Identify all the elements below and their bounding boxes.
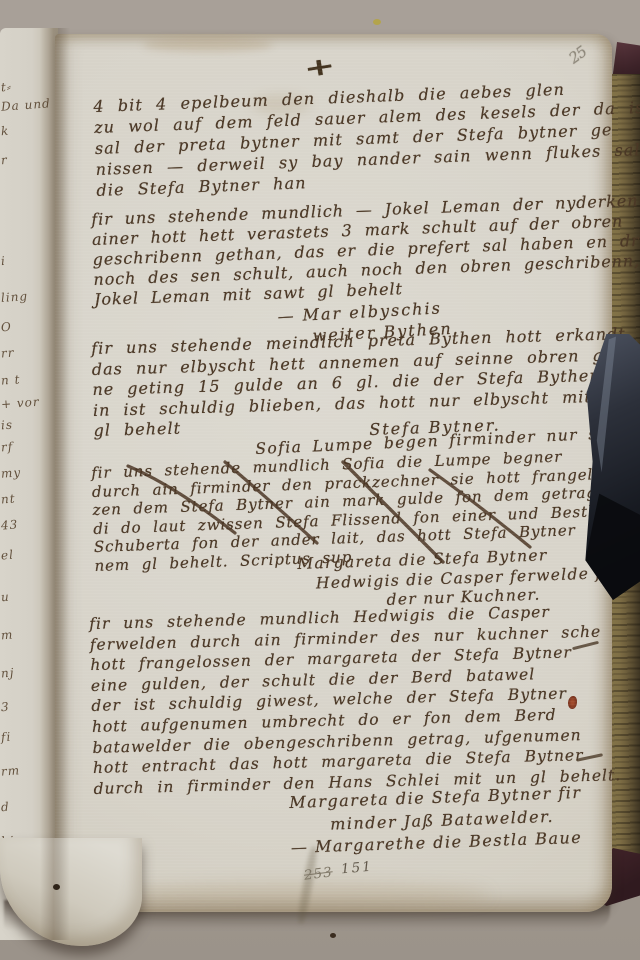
marginal-text-fragment: Da und	[1, 96, 52, 113]
page-number: 151	[340, 859, 373, 878]
dark-speck	[53, 884, 60, 890]
marginal-text-fragment: O	[1, 320, 13, 335]
marginal-text-fragment: 3	[1, 700, 11, 715]
marginal-text-fragment: rr	[1, 346, 15, 361]
marginal-text-fragment: d	[1, 800, 11, 815]
folio-number: 25	[565, 43, 589, 68]
marginal-text-fragment: ling	[1, 289, 29, 305]
marginal-text-fragment: nt	[1, 492, 17, 507]
marginal-text-fragment: rf	[1, 440, 14, 455]
entry-paragraph-1: 4 bit 4 epelbeum den dieshalb die aebes …	[93, 75, 640, 201]
marginal-text-fragment: el	[1, 548, 15, 563]
marginal-text-fragment: 43	[1, 517, 19, 532]
entry-5-signatures: Margareta die Stefa Bytner fir minder Ja…	[289, 782, 583, 860]
marginal-text-fragment: r	[1, 153, 9, 167]
manuscript-photo: t⸗ Da und k r i ling O rr n t + vor is r…	[0, 0, 640, 960]
marginal-text-fragment: t⸗	[0, 80, 12, 96]
entry-paragraph-5: fir uns stehende mundlich Hedwigis die C…	[89, 600, 621, 799]
paper-stain	[110, 882, 490, 908]
entry-paragraph-2: fir uns stehende mundlich — Jokel Leman …	[91, 188, 640, 310]
marginal-text-fragment: nj	[1, 666, 15, 681]
marginal-text-fragment: m	[1, 628, 14, 643]
marginal-text-fragment: k	[1, 124, 10, 139]
book-weight-strap	[580, 334, 640, 600]
facing-page-edge: t⸗ Da und k r i ling O rr n t + vor is r…	[0, 28, 58, 940]
marginal-text-fragment: my	[1, 465, 22, 480]
dark-speck	[330, 933, 336, 938]
marginal-text-fragment: fi	[1, 730, 12, 745]
marginal-text-fragment: u	[1, 590, 11, 605]
marginal-text-fragment: + vor	[1, 395, 40, 412]
manuscript-page: + 25 4 bit 4 epelbeum den dieshalb die a…	[55, 34, 612, 912]
entry-paragraph-3: fir uns stehende meindlich preta Bythen …	[91, 323, 640, 442]
marginal-text-fragment: i	[1, 254, 7, 268]
yellow-speck	[373, 19, 381, 25]
header-cross-mark: +	[302, 51, 337, 84]
marginal-text-fragment: rm	[1, 763, 21, 778]
paper-stain	[143, 38, 273, 52]
cancelled-page-number: 253	[303, 864, 334, 883]
marginal-text-fragment: n t	[1, 372, 21, 387]
marginal-text-fragment: is	[1, 418, 14, 433]
